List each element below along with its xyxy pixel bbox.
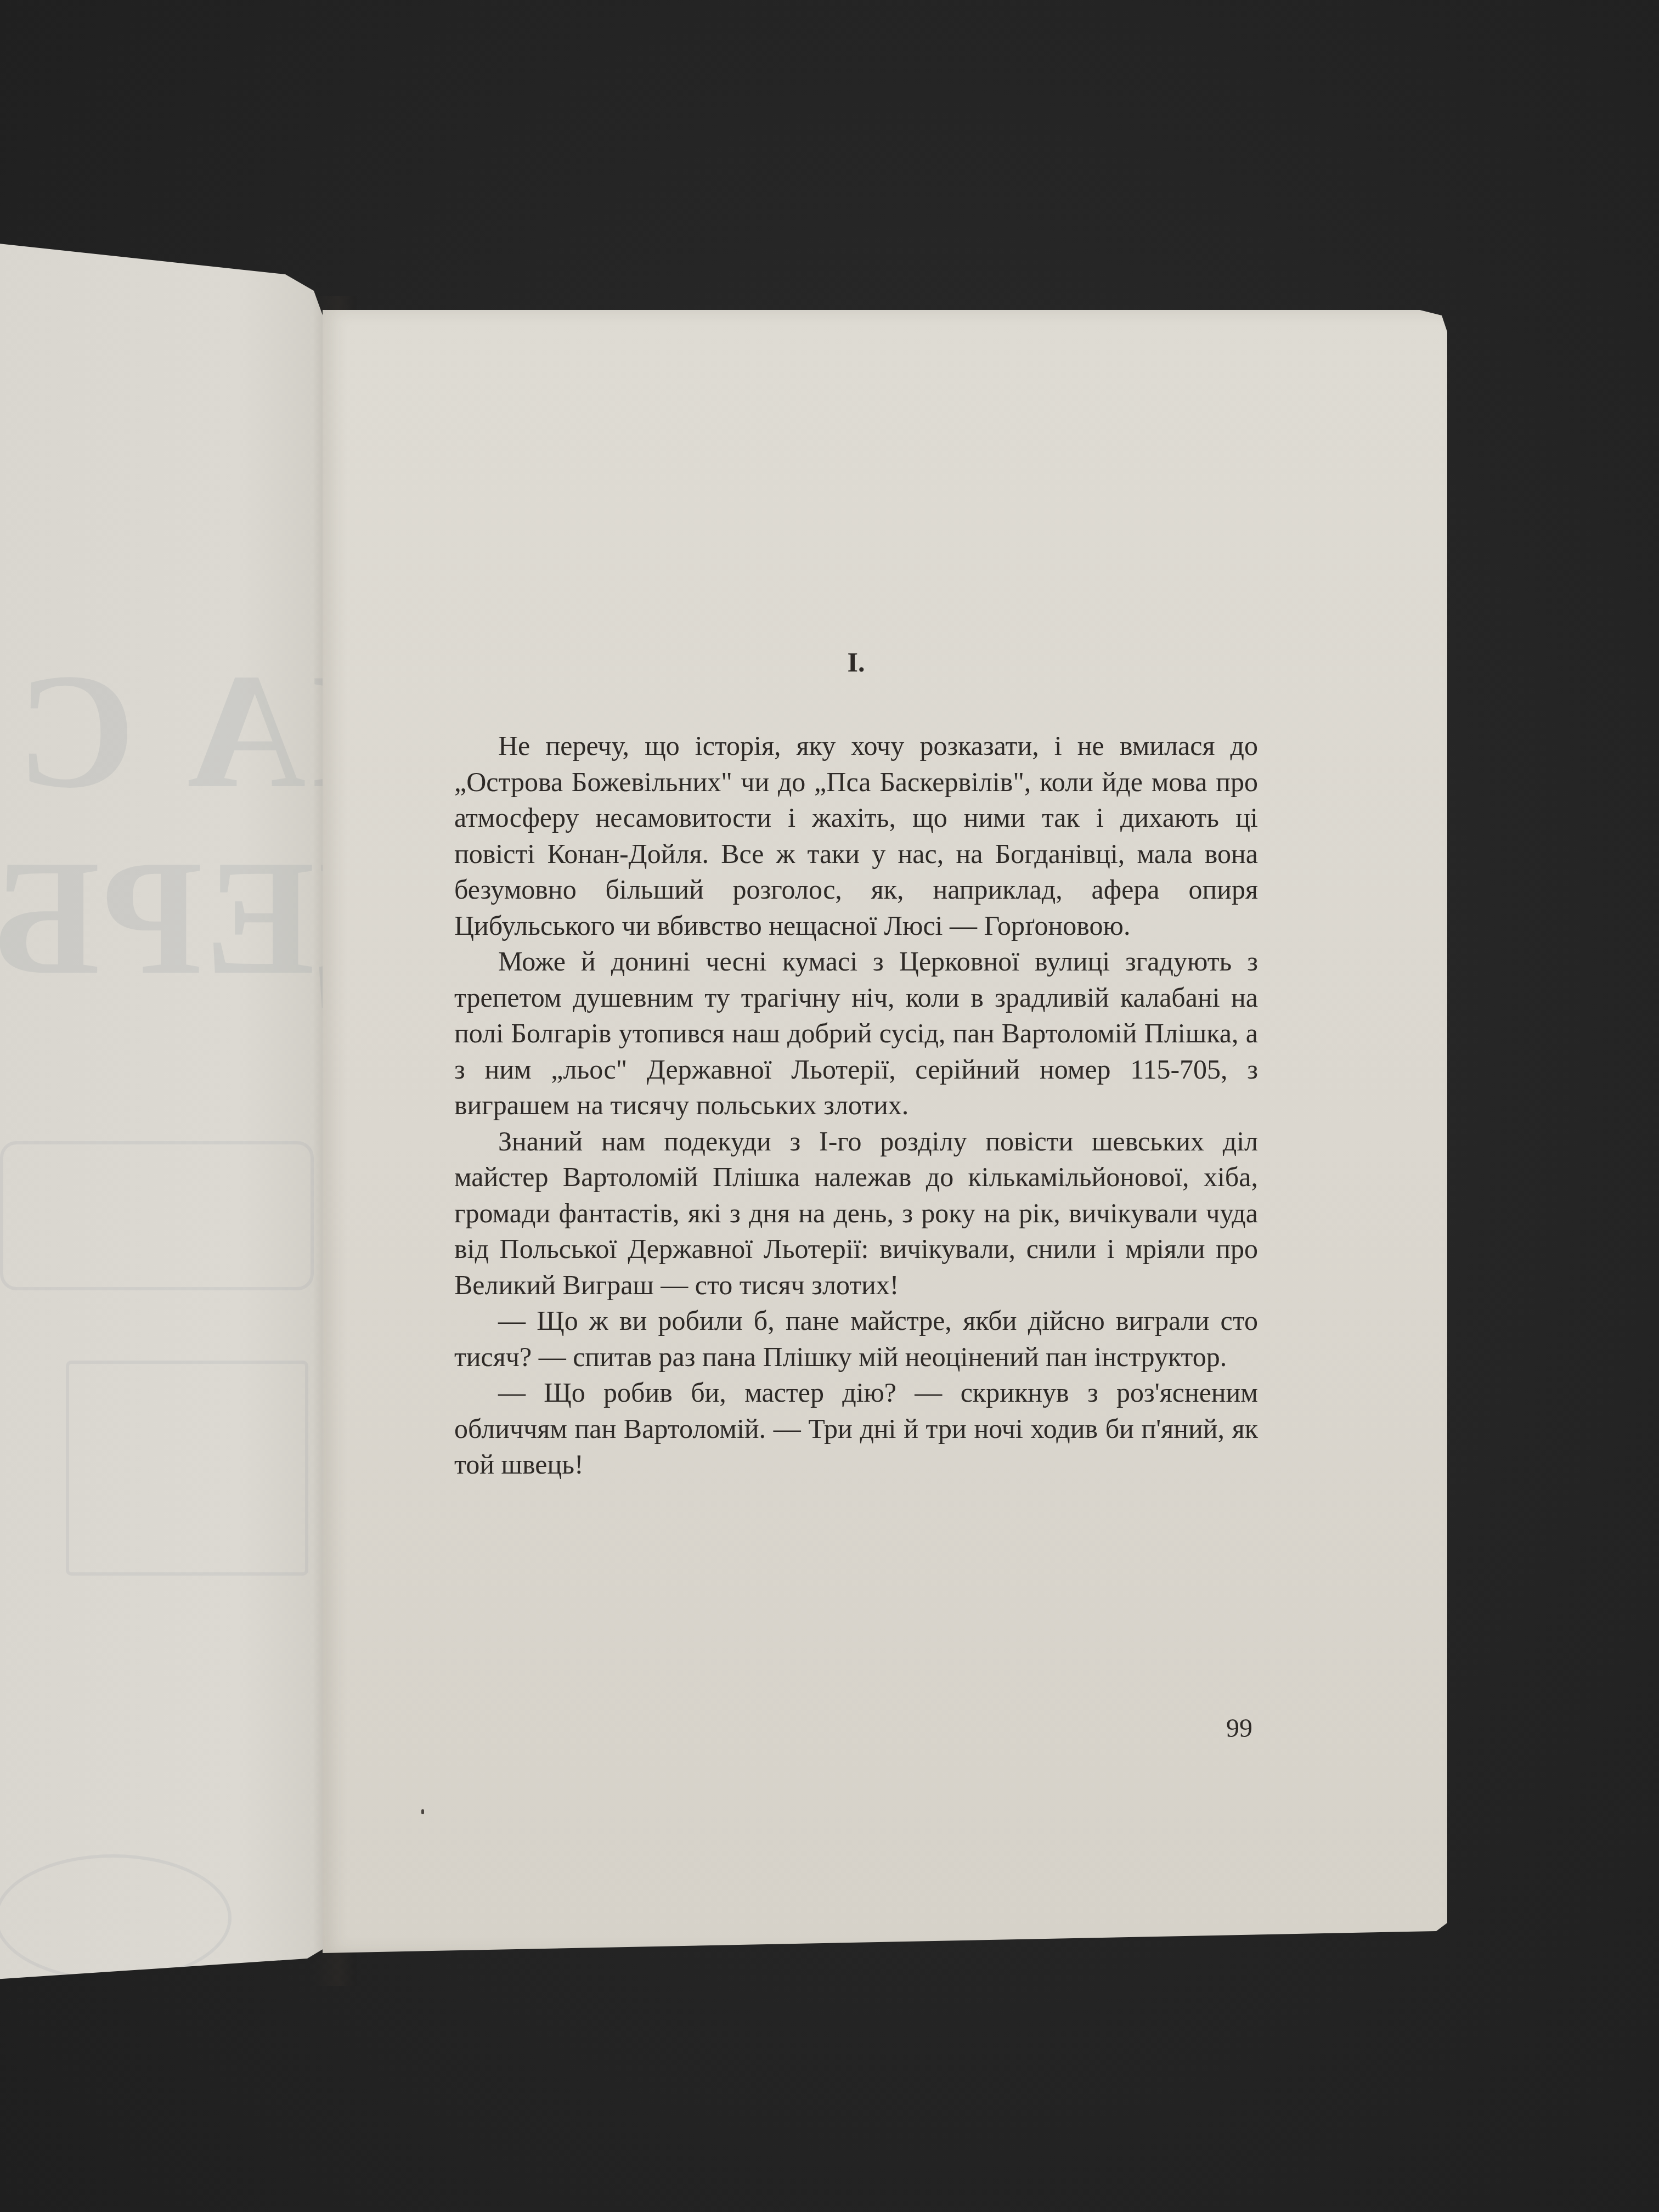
paragraph: Може й донині чесні кумасі з Церковної в…: [454, 944, 1258, 1124]
show-through-illustration-frame: [0, 1141, 314, 1290]
chapter-heading: I.: [454, 645, 1258, 681]
photo-scene: НА С ЩЕРБ I. Не перечу, що історія, яку …: [0, 0, 1659, 2212]
body-text: I. Не перечу, що історія, яку хочу розка…: [454, 689, 1258, 1483]
paragraph: Знаний нам подекуди з I-го розділу повіс…: [454, 1124, 1258, 1304]
page-number: 99: [1226, 1713, 1252, 1743]
show-through-illustration-oval: [0, 1854, 232, 1982]
dialogue-paragraph: — Що ж ви робили б, пане майстре, якби д…: [454, 1303, 1258, 1375]
right-page: I. Не перечу, що історія, яку хочу розка…: [323, 310, 1447, 1953]
show-through-illustration-panel: [66, 1361, 308, 1576]
dialogue-paragraph: — Що робив би, мастер дію? — скрикнув з …: [454, 1375, 1258, 1483]
left-page: НА С ЩЕРБ: [0, 241, 351, 1980]
paragraph: Не перечу, що історія, яку хочу розказат…: [454, 728, 1258, 944]
paper-speck: [421, 1809, 424, 1814]
